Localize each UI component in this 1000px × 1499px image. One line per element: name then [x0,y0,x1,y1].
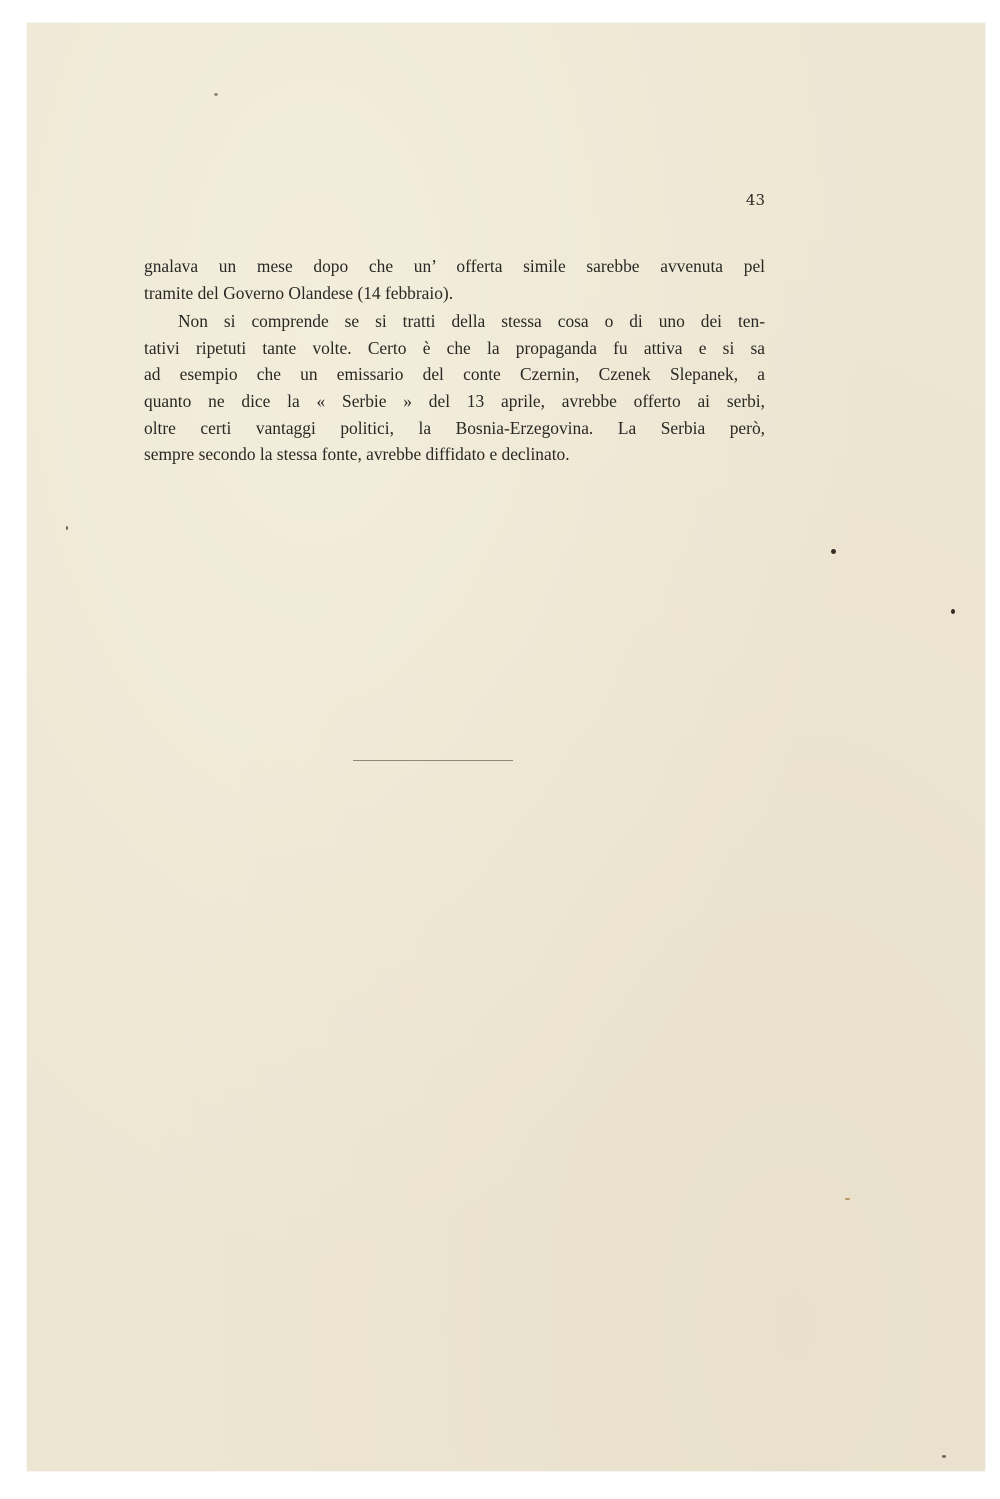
paper-speck [845,1198,850,1200]
document-page: 43 gnalava un mese dopo che un’ offerta … [27,23,985,1471]
text-line: tativi ripetuti tante volte. Certo è che… [144,335,765,362]
section-separator-rule [353,760,513,761]
text-line: quanto ne dice la « Serbie » del 13 apri… [144,388,765,415]
text-line: ad esempio che un emissario del conte Cz… [144,361,765,388]
text-line: gnalava un mese dopo che un’ offerta sim… [144,253,765,280]
text-line: tramite del Governo Olandese (14 febbrai… [144,280,765,307]
paragraph-1: gnalava un mese dopo che un’ offerta sim… [144,253,765,306]
paper-speck [66,526,68,530]
paragraph-2: Non si comprende se si tratti della stes… [144,308,765,468]
text-line: oltre certi vantaggi politici, la Bosnia… [144,415,765,442]
paper-speck [951,609,955,614]
text-line: sempre secondo la stessa fonte, avrebbe … [144,441,765,468]
text-line: Non si comprende se si tratti della stes… [144,308,765,335]
paper-speck [831,549,836,554]
body-text: gnalava un mese dopo che un’ offerta sim… [144,253,765,468]
paper-speck [942,1455,946,1458]
page-number: 43 [717,191,765,209]
paper-speck [214,93,218,96]
